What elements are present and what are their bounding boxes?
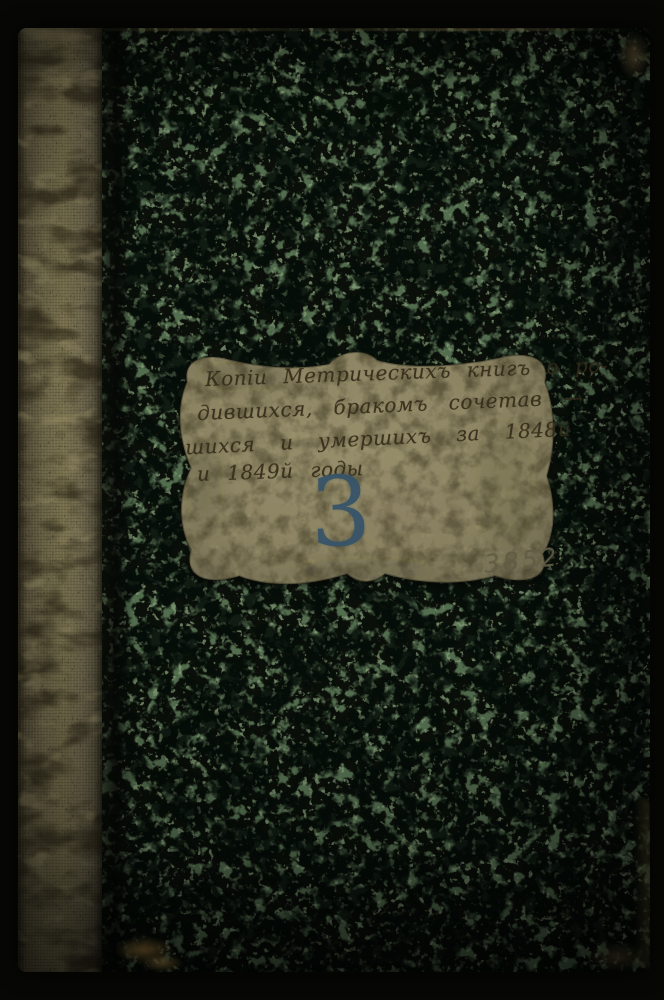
book: Копіи Метрическихъ книгъ о ро- дившихся,… — [18, 28, 650, 972]
spine-texture — [18, 28, 102, 972]
volume-number: 3 — [308, 463, 372, 561]
photo-frame: Копіи Метрическихъ книгъ о ро- дившихся,… — [0, 0, 664, 1000]
book-spine — [18, 28, 102, 972]
title-label: Копіи Метрическихъ книгъ о ро- дившихся,… — [164, 332, 564, 622]
